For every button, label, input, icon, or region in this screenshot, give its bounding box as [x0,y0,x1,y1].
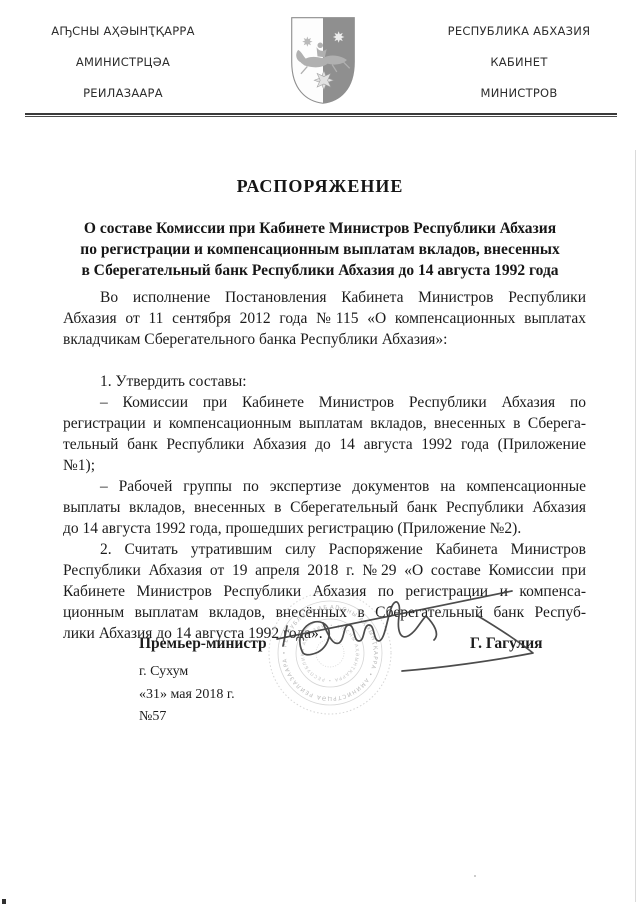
header-divider-rule [25,113,617,117]
body-line: – Рабочей группы по экспертизе документо… [63,476,586,497]
body-line: Абхазия от 11 сентября 2012 года №115 «О… [63,308,586,329]
document-title: РАСПОРЯЖЕНИЕ [0,176,640,197]
header-left-line-2: АМИНИСТРЦӘА [17,47,229,78]
footer-date: «31» мая 2018 г. [139,687,235,703]
body-line: выплаты вкладов, внесенных в Сберегатель… [63,497,586,518]
document-body: Во исполнение Постановления Кабинета Мин… [63,287,586,644]
header-authority-russian: РЕСПУБЛИКА АБХАЗИЯ КАБИНЕТ МИНИСТРОВ [413,16,625,109]
header-authority-abkhaz: АҦСНЫ АҲӘЫНҬҚАРРА АМИНИСТРЦӘА РЕИЛАЗААРА [17,16,229,109]
body-line: Во исполнение Постановления Кабинета Мин… [63,287,586,308]
abkhazia-coat-of-arms-icon [286,14,360,111]
paragraph-preamble: Во исполнение Постановления Кабинета Мин… [63,287,586,350]
body-line: 1. Утвердить составы: [63,371,586,392]
subject-line: О составе Комиссии при Кабинете Министро… [40,218,600,239]
body-line: до 14 августа 1992 года, прошедших регис… [63,518,586,539]
document-subject: О составе Комиссии при Кабинете Министро… [40,218,600,281]
body-line: №1); [63,455,586,476]
body-line: вкладчикам Сберегательного банка Республ… [63,329,586,350]
body-line: регистрации и компенсационным выплатам в… [63,413,586,434]
paragraph-item-2: 2. Считать утратившим силу Распоряжение … [63,539,586,644]
header-right-line-2: КАБИНЕТ [413,47,625,78]
scan-edge-line [635,150,636,902]
scan-dot [474,875,476,877]
header-right-line-3: МИНИСТРОВ [413,78,625,109]
body-line: 2. Считать утратившим силу Распоряжение … [63,539,586,560]
subject-line: в Сберегательный банк Республики Абхазия… [40,260,600,281]
scan-speck [2,899,6,904]
body-line: тельный банк Республики Абхазия до 14 ав… [63,434,586,455]
header-left-line-3: РЕИЛАЗААРА [17,78,229,109]
paragraph-commission: – Комиссии при Кабинете Министров Респуб… [63,392,586,476]
signatory-role: Премьер-министр [139,635,267,653]
header-right-line-1: РЕСПУБЛИКА АБХАЗИЯ [413,16,625,47]
footer-city: г. Сухум [139,664,188,680]
body-line: Кабинете Министров Республики Абхазия по… [63,581,586,602]
paragraph-working-group: – Рабочей группы по экспертизе документо… [63,476,586,539]
subject-line: по регистрации и компенсационным выплата… [40,239,600,260]
body-line: ционным выплатам вкладов, внесённых в Сб… [63,602,586,623]
body-line: – Комиссии при Кабинете Министров Респуб… [63,392,586,413]
signatory-name: Г. Гагулия [470,635,543,653]
paragraph-item-1: 1. Утвердить составы: [63,371,586,392]
scanned-decree-document: АҦСНЫ АҲӘЫНҬҚАРРА АМИНИСТРЦӘА РЕИЛАЗААРА [0,0,640,905]
footer-document-number: №57 [139,709,166,725]
body-line: Республики Абхазия от 19 апреля 2018 г. … [63,560,586,581]
header-left-line-1: АҦСНЫ АҲӘЫНҬҚАРРА [17,16,229,47]
